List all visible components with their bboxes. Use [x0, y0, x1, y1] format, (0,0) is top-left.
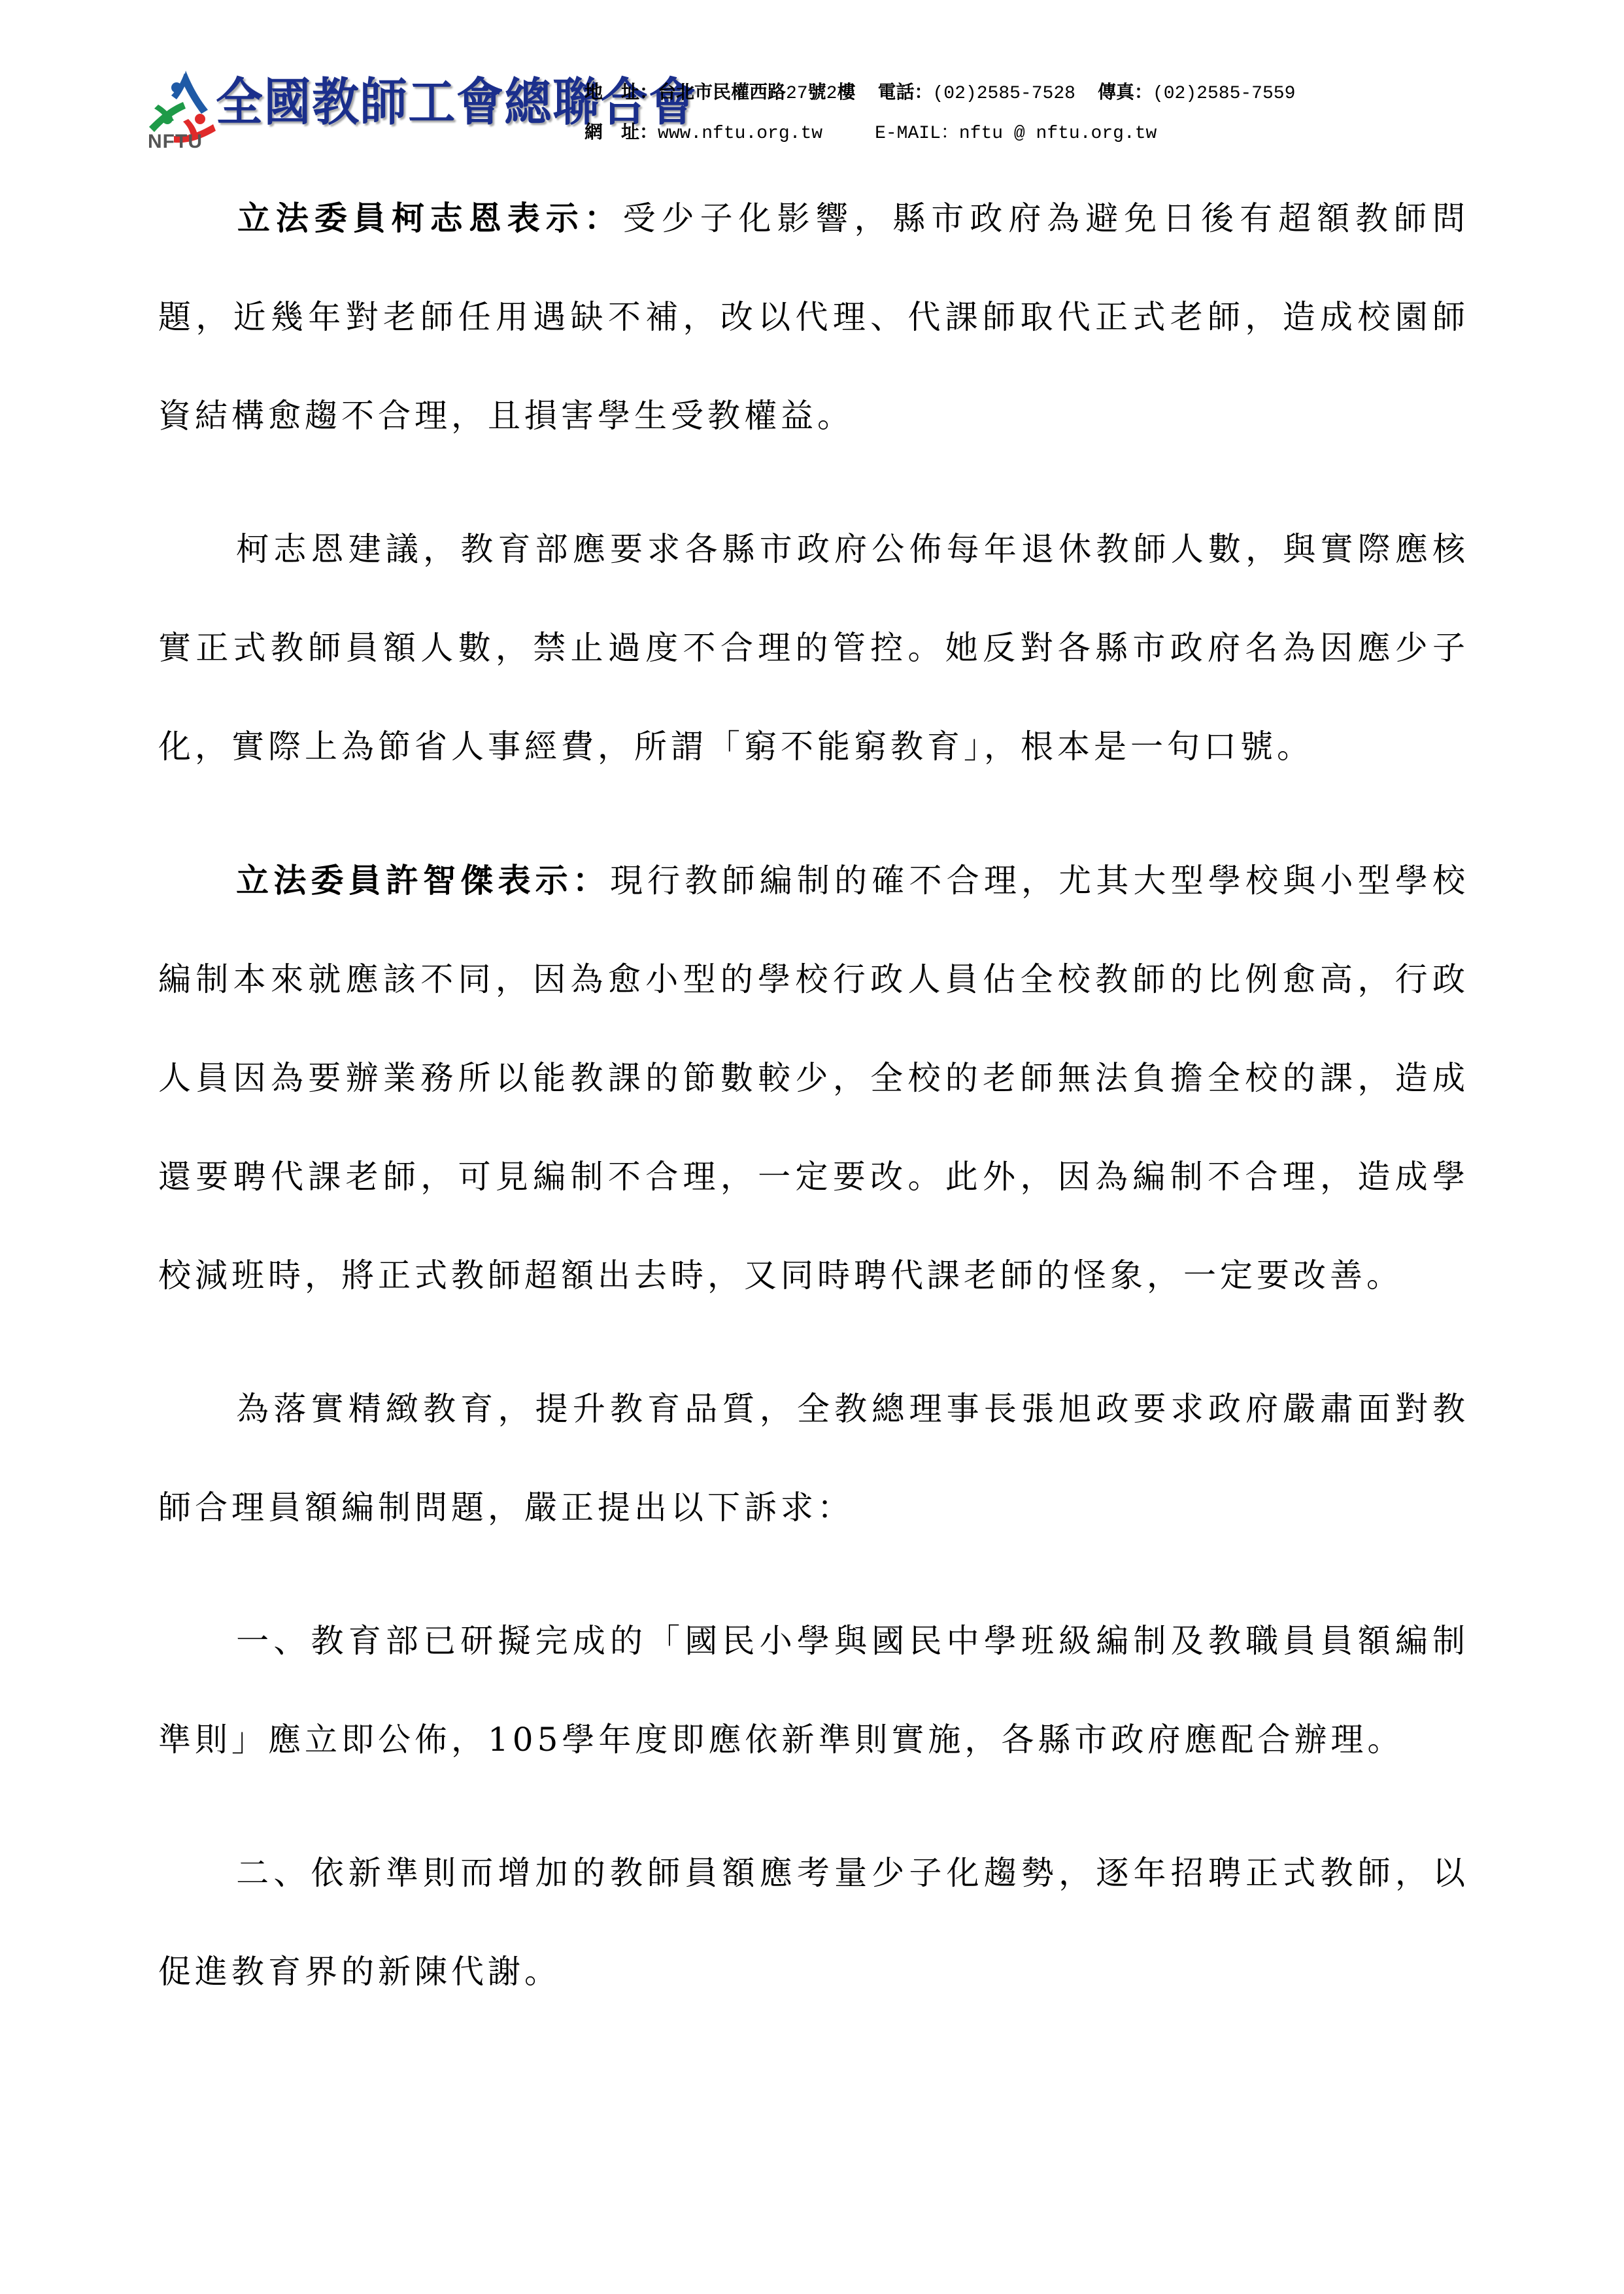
contact-line-address: 地 址：台北市民權西路27號2樓電話：(02)2585-7528傳真：(02)2…	[584, 73, 1295, 113]
address-label: 地 址：	[584, 81, 658, 103]
fax-label: 傳真：	[1098, 81, 1153, 103]
contact-info: 地 址：台北市民權西路27號2樓電話：(02)2585-7528傳真：(02)2…	[584, 73, 1295, 153]
phone-label: 電話：	[877, 81, 932, 103]
document-body: 立法委員柯志恩表示：受少子化影響，縣市政府為避免日後有超額教師問題，近幾年對老師…	[158, 169, 1469, 2056]
paragraph-text: 一、教育部已研擬完成的「國民小學與國民中學班級編制及教職員員額編制準則」應立即公…	[158, 1622, 1469, 1759]
demand-item-1: 一、教育部已研擬完成的「國民小學與國民中學班級編制及教職員員額編制準則」應立即公…	[158, 1592, 1469, 1789]
nftu-logo: NFTU 全國教師工會總聯合會	[145, 58, 550, 156]
paragraph-ko-chih-en: 立法委員柯志恩表示：受少子化影響，縣市政府為避免日後有超額教師問題，近幾年對老師…	[158, 169, 1469, 465]
speaker-label: 立法委員許智傑表示：	[235, 861, 610, 900]
paragraph-demands-intro: 為落實精緻教育，提升教育品質，全教總理事長張旭政要求政府嚴肅面對教師合理員額編制…	[158, 1360, 1469, 1557]
paragraph-ko-suggestion: 柯志恩建議，教育部應要求各縣市政府公佈每年退休教師人數，與實際應核實正式教師員額…	[158, 500, 1469, 796]
paragraph-text: 現行教師編制的確不合理，尤其大型學校與小型學校編制本來就應該不同，因為愈小型的學…	[158, 862, 1469, 1294]
fax-number: (02)2585-7559	[1153, 84, 1295, 104]
demand-item-2: 二、依新準則而增加的教師員額應考量少子化趨勢，逐年招聘正式教師，以促進教育界的新…	[158, 1824, 1469, 2021]
paragraph-text: 為落實精緻教育，提升教育品質，全教總理事長張旭政要求政府嚴肅面對教師合理員額編制…	[158, 1390, 1469, 1527]
paragraph-text: 柯志恩建議，教育部應要求各縣市政府公佈每年退休教師人數，與實際應核實正式教師員額…	[158, 530, 1469, 766]
website-label: 網 址：	[584, 121, 658, 143]
letterhead: NFTU 全國教師工會總聯合會 地 址：台北市民權西路27號2樓電話：(02)2…	[145, 58, 1518, 156]
phone-number: (02)2585-7528	[933, 84, 1075, 104]
address: 台北市民權西路27號2樓	[658, 81, 855, 103]
nftu-abbr: NFTU	[148, 131, 203, 153]
email-link[interactable]: nftu @ nftu.org.tw	[959, 124, 1157, 144]
website-link[interactable]: www.nftu.org.tw	[658, 124, 822, 144]
contact-line-web: 網 址：www.nftu.org.twE-MAIL：nftu @ nftu.or…	[584, 113, 1295, 153]
paragraph-hsu-chih-chieh: 立法委員許智傑表示：現行教師編制的確不合理，尤其大型學校與小型學校編制本來就應該…	[158, 831, 1469, 1325]
paragraph-text: 二、依新準則而增加的教師員額應考量少子化趨勢，逐年招聘正式教師，以促進教育界的新…	[158, 1854, 1469, 1991]
speaker-label: 立法委員柯志恩表示：	[235, 199, 623, 237]
email-label: E-MAIL：	[875, 124, 959, 144]
